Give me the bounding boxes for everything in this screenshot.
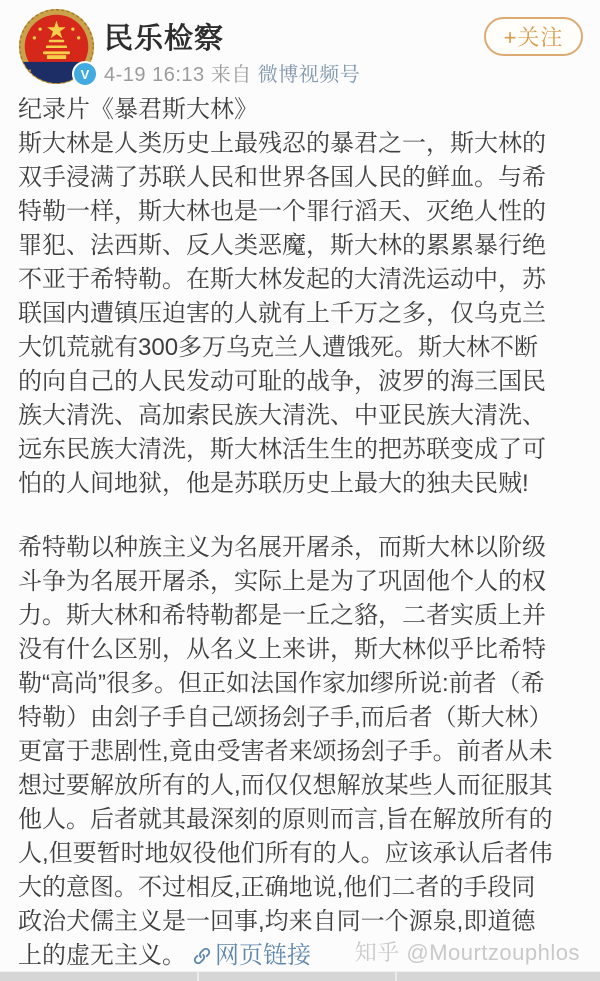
source-link[interactable]: 微博视频号 bbox=[258, 64, 361, 86]
post-meta: 4-19 16:13 来自 微博视频号 bbox=[104, 58, 360, 87]
verified-badge-icon: V bbox=[72, 61, 98, 87]
post-header: V 民乐检察 4-19 16:13 来自 微博视频号 +关注 bbox=[0, 0, 600, 93]
avatar[interactable]: V bbox=[18, 8, 95, 85]
post-paragraph-2: 希特勒以种族主义为名展开屠杀，而斯大林以阶级 斗争为名展开屠杀，实际上是为了巩固… bbox=[18, 531, 580, 973]
timestamp: 4-19 16:13 bbox=[104, 64, 205, 86]
link-icon bbox=[192, 946, 212, 966]
weibo-post: V 民乐检察 4-19 16:13 来自 微博视频号 +关注 纪录片《暴君斯大林… bbox=[0, 0, 600, 981]
post-body: 纪录片《暴君斯大林》 斯大林是人类历史上最残忍的暴君之一，斯大林的 双手浸满了苏… bbox=[0, 93, 600, 973]
follow-button[interactable]: +关注 bbox=[484, 17, 583, 56]
bottom-bar bbox=[0, 971, 600, 981]
username[interactable]: 民乐检察 bbox=[104, 16, 224, 57]
post-paragraph-2-text: 希特勒以种族主义为名展开屠杀，而斯大林以阶级 斗争为名展开屠杀，实际上是为了巩固… bbox=[18, 534, 553, 969]
post-paragraph-1: 纪录片《暴君斯大林》 斯大林是人类历史上最残忍的暴君之一，斯大林的 双手浸满了苏… bbox=[18, 93, 580, 501]
zhihu-watermark: 知乎 @Mourtzouphlos bbox=[355, 936, 580, 967]
webpage-link[interactable]: 网页链接 bbox=[192, 942, 311, 969]
webpage-link-label: 网页链接 bbox=[215, 942, 311, 969]
source-prefix: 来自 bbox=[211, 64, 252, 86]
